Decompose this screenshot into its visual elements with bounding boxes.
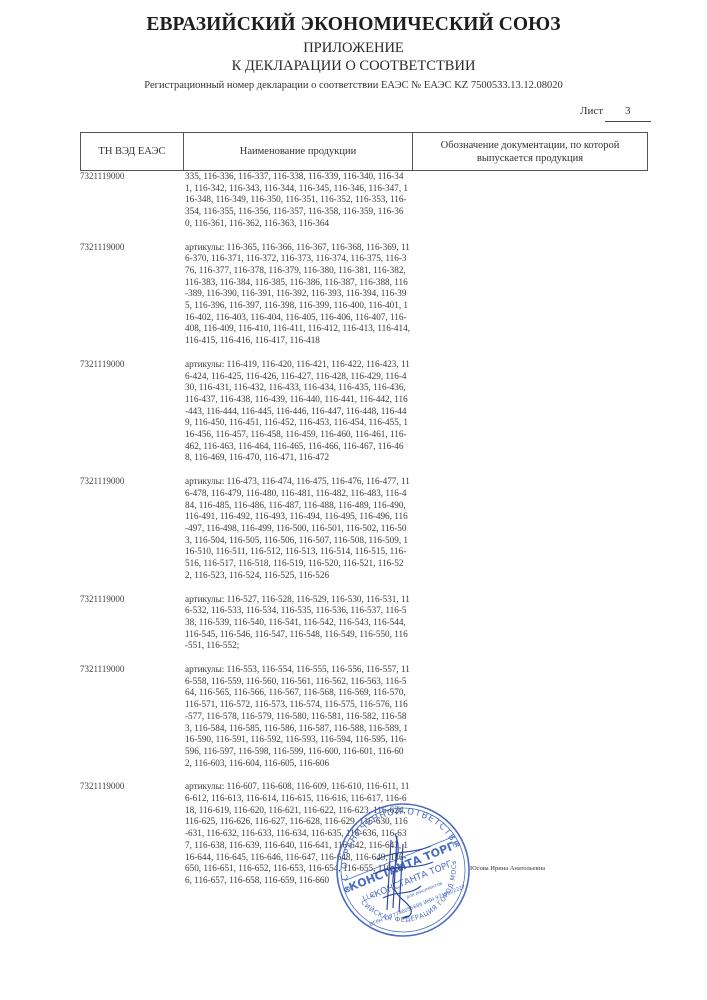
row-code: 7321119000 <box>80 781 183 886</box>
row-code: 7321119000 <box>80 242 183 347</box>
row-code: 7321119000 <box>80 171 183 230</box>
row-description: 335, 116-336, 116-337, 116-338, 116-339,… <box>183 171 410 230</box>
table-row: 7321119000 335, 116-336, 116-337, 116-33… <box>80 171 648 230</box>
row-code: 7321119000 <box>80 359 183 464</box>
row-code: 7321119000 <box>80 594 183 653</box>
row-description: артикулы: 116-527, 116-528, 116-529, 116… <box>183 594 410 653</box>
union-title: ЕВРАЗИЙСКИЙ ЭКОНОМИЧЕСКИЙ СОЮЗ <box>0 14 707 36</box>
row-description: артикулы: 116-553, 116-554, 116-555, 116… <box>183 664 410 769</box>
row-code: 7321119000 <box>80 476 183 581</box>
company-stamp: ОБЩЕСТВО С ОГРАНИЧЕННОЙ ОТВЕТСТВЕННОСТЬЮ… <box>333 800 473 940</box>
declaration-title: К ДЕКЛАРАЦИИ О СООТВЕТСТВИИ <box>0 58 707 75</box>
column-header-documentation: Обозначение документации, по которой вып… <box>413 133 647 170</box>
signer-name: Юсова Ирина Анатольевна <box>470 865 545 872</box>
row-description: артикулы: 116-365, 116-366, 116-367, 116… <box>183 242 410 347</box>
sheet-underline <box>605 121 651 122</box>
appendix-title: ПРИЛОЖЕНИЕ <box>0 40 707 57</box>
table-row: 7321119000 артикулы: 116-365, 116-366, 1… <box>80 242 648 347</box>
table-row: 7321119000 артикулы: 116-527, 116-528, 1… <box>80 594 648 653</box>
table-row: 7321119000 артикулы: 116-419, 116-420, 1… <box>80 359 648 464</box>
table-body: 7321119000 335, 116-336, 116-337, 116-33… <box>80 171 648 899</box>
table-header: ТН ВЭД ЕАЭС Наименование продукции Обозн… <box>80 132 648 171</box>
row-description: артикулы: 116-419, 116-420, 116-421, 116… <box>183 359 410 464</box>
sheet-number-block: Лист 3 <box>580 105 650 117</box>
table-row: 7321119000 артикулы: 116-553, 116-554, 1… <box>80 664 648 769</box>
column-header-code: ТН ВЭД ЕАЭС <box>81 133 184 170</box>
row-description: артикулы: 116-473, 116-474, 116-475, 116… <box>183 476 410 581</box>
row-code: 7321119000 <box>80 664 183 769</box>
column-header-product-name: Наименование продукции <box>184 133 413 170</box>
sheet-number: 3 <box>606 105 650 117</box>
registration-number: Регистрационный номер декларации о соотв… <box>0 80 707 91</box>
sheet-label: Лист <box>580 105 603 117</box>
table-row: 7321119000 артикулы: 116-473, 116-474, 1… <box>80 476 648 581</box>
